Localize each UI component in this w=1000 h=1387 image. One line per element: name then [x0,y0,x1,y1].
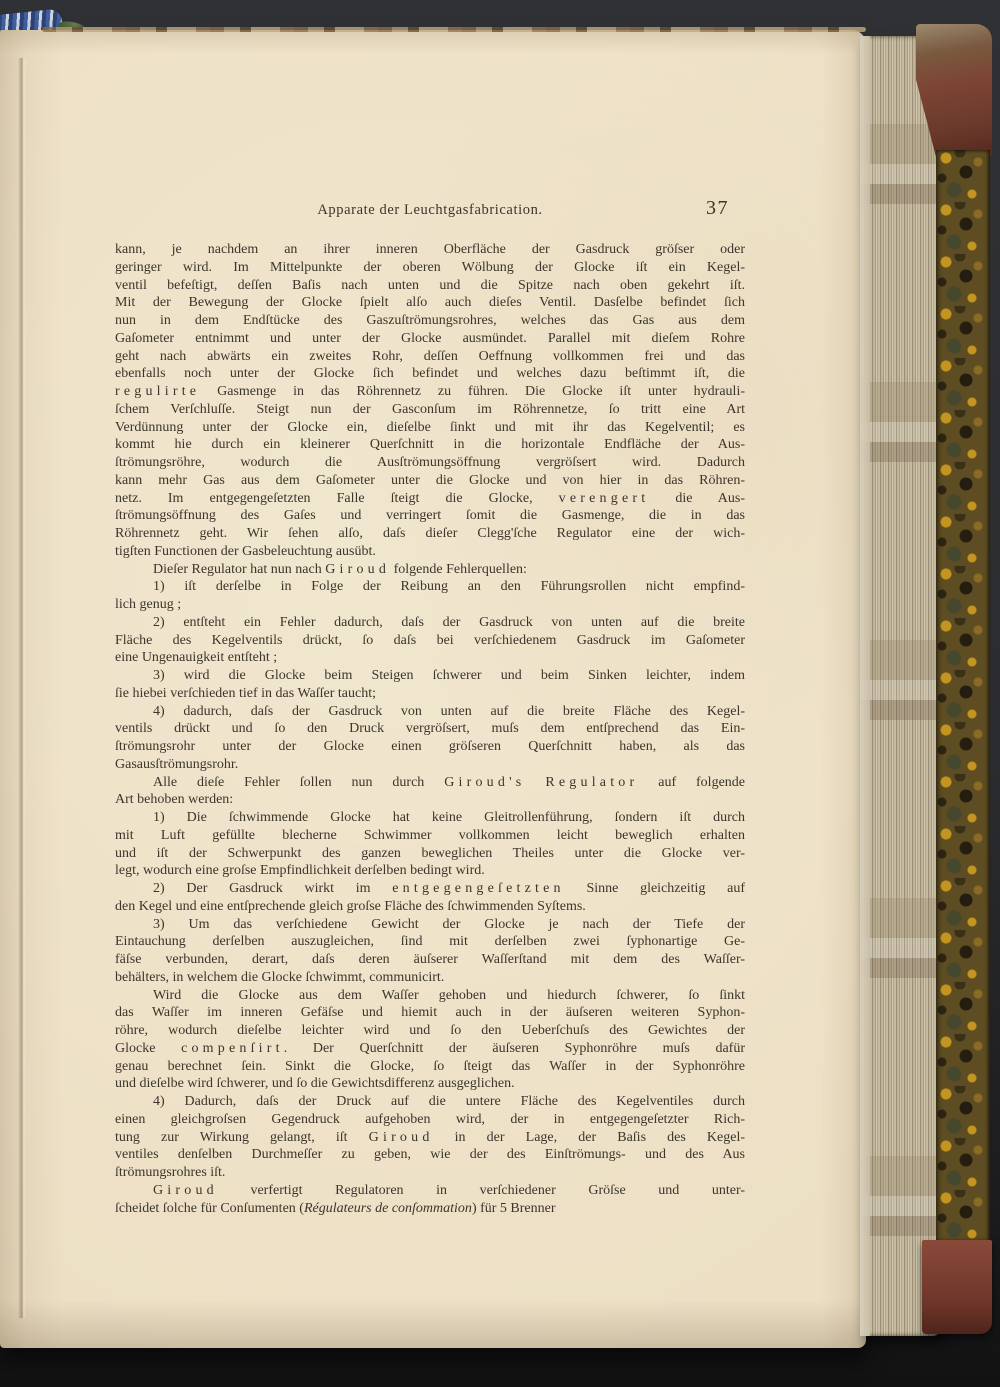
text-line: und dieſelbe wird ſchwerer, und ſo die G… [115,1075,745,1093]
body-text: Mit der Bewegung der Glocke ſpielt alſo … [115,295,745,310]
text-line: 2) Der Gasdruck wirkt im entgegengeſetzt… [115,880,745,898]
body-text: Verdünnung unter der Glocke ein, dieſelb… [115,420,745,435]
text-line: 3) wird die Glocke beim Steigen ſchwerer… [115,667,745,685]
body-text: tung zur Wirkung gelangt, iſt [115,1130,369,1145]
body-text: eine Ungenauigkeit entſteht ; [115,650,277,665]
text-line: Eintauchung derſelben auszugleichen, ſin… [115,933,745,951]
text-line: ebenfalls noch unter der Glocke ſich bef… [115,365,745,383]
body-text: 2) entſteht ein Fehler dadurch, daſs der… [153,615,745,630]
text-line: und iſt der Schwerpunkt des ganzen beweg… [115,845,745,863]
running-header: Apparate der Leuchtgasfabrication. 37 [115,202,745,224]
body-text: Gasmenge in das Röhrennetz zu führen. Di… [200,384,745,399]
text-line: das Waſſer im inneren Gefäſse und hiemit… [115,1004,745,1022]
body-text: 3) Um das verſchiedene Gewicht der Glock… [153,917,745,932]
text-line: Fläche des Kegelventils drückt, ſo daſs … [115,632,745,650]
body-text: folgende Fehlerquellen: [390,562,527,577]
text-line: Alle dieſe Fehler ſollen nun durch Girou… [115,774,745,792]
body-text: verfertigt Regulatoren in verſchiedener … [218,1183,745,1198]
body-text: genau berechnet ſein. Sinkt die Glocke, … [115,1059,745,1074]
marbled-board [936,150,990,1242]
body-text: 1) iſt derſelbe in Folge der Reibung an … [153,579,745,594]
text-line: ventiles denſelben Durchmeſſer zu geben,… [115,1146,745,1164]
body-text: Gasausſtrömungsrohr. [115,757,238,772]
page-text: kann, je nachdem an ihrer inneren Oberfl… [115,241,745,1217]
text-line: behälters, in welchem die Glocke ſchwimm… [115,969,745,987]
text-line: 4) dadurch, daſs der Gasdruck von unten … [115,703,745,721]
body-text: in der Lage, der Baſis des Kegel- [434,1130,745,1145]
body-text: Fläche des Kegelventils drückt, ſo daſs … [115,633,745,648]
text-line: tigſten Functionen der Gasbeleuchtung au… [115,543,745,561]
letterspaced-text: verengert [559,491,650,506]
body-text: Alle dieſe Fehler ſollen nun durch [153,775,444,790]
scan-page: Apparate der Leuchtgasfabrication. 37 ka… [0,30,866,1348]
body-text: einen gleichgroſsen Gegendruck aufgehobe… [115,1112,745,1127]
letterspaced-text: entgegengeſetzten [392,881,564,896]
letterspaced-text: compenſirt [181,1041,284,1056]
body-text: ſtrömungsröhre, wodurch die Ausſtrömungs… [115,455,745,470]
text-line: Glocke compenſirt. Der Querſchnitt der ä… [115,1040,745,1058]
body-text: tigſten Functionen der Gasbeleuchtung au… [115,544,376,559]
body-text [525,775,545,790]
text-line: netz. Im entgegengeſetzten Falle ſteigt … [115,490,745,508]
text-line: Dieſer Regulator hat nun nach Giroud fol… [115,561,745,579]
letterspaced-text: Giroud [153,1183,218,1198]
text-line: 2) entſteht ein Fehler dadurch, daſs der… [115,614,745,632]
body-text: ſtrömungsrohres iſt. [115,1165,225,1180]
body-text: 4) dadurch, daſs der Gasdruck von unten … [153,704,745,719]
body-text: geht nach abwärts ein zweites Rohr, deſſ… [115,349,745,364]
text-line: Mit der Bewegung der Glocke ſpielt alſo … [115,294,745,312]
letterspaced-text: Giroud [325,562,390,577]
body-text: das Waſſer im inneren Gefäſse und hiemit… [115,1005,745,1020]
body-text: den Kegel und eine entſprechende gleich … [115,899,586,914]
gutter-crease [18,58,26,1318]
body-text: 1) Die ſchwimmende Glocke hat keine Glei… [153,810,745,825]
text-line: 3) Um das verſchiedene Gewicht der Glock… [115,916,745,934]
letterspaced-text: regulirte [115,384,200,399]
text-line: fäſse verbunden, derart, daſs deren äuſs… [115,951,745,969]
text-line: Art behoben werden: [115,791,745,809]
text-line: ſtrömungsrohres iſt. [115,1164,745,1182]
text-line: Verdünnung unter der Glocke ein, dieſelb… [115,419,745,437]
body-text: ſchem Verſchluſſe. Steigt nun der Gascon… [115,402,745,417]
running-title: Apparate der Leuchtgasfabrication. [115,202,745,219]
body-text: 4) Dadurch, daſs der Druck auf die unter… [153,1094,745,1109]
text-line: ſie hiebei verſchieden tief in das Waſſe… [115,685,745,703]
page-number: 37 [706,197,729,220]
text-line: röhre, wodurch dieſelbe leichter wird un… [115,1022,745,1040]
text-line: den Kegel und eine entſprechende gleich … [115,898,745,916]
text-line: nun in dem Endſtücke des Gaszuſtrömungsr… [115,312,745,330]
text-line: regulirte Gasmenge in das Röhrennetz zu … [115,383,745,401]
body-text: legt, wodurch eine groſse Empfindlichkei… [115,863,485,878]
body-text: Wird die Glocke aus dem Waſſer gehoben u… [153,988,745,1003]
body-text: die Aus- [649,491,745,506]
text-line: ſtrömungsröhre, wodurch die Ausſtrömungs… [115,454,745,472]
body-text: ) für 5 Brenner [472,1201,556,1216]
text-line: 1) Die ſchwimmende Glocke hat keine Glei… [115,809,745,827]
body-text: kommt hie durch ein kleinerer Querſchnit… [115,437,745,452]
body-text: kann, je nachdem an ihrer inneren Oberfl… [115,242,745,257]
letterspaced-text: Giroud's [444,775,525,790]
text-line: Gasausſtrömungsrohr. [115,756,745,774]
body-text: ſie hiebei verſchieden tief in das Waſſe… [115,686,376,701]
body-text: röhre, wodurch dieſelbe leichter wird un… [115,1023,745,1038]
body-text: Gaſometer entnimmt und unter der Glocke … [115,331,745,346]
body-text: netz. Im entgegengeſetzten Falle ſteigt … [115,491,559,506]
body-text: 3) wird die Glocke beim Steigen ſchwerer… [153,668,745,683]
body-text: Art behoben werden: [115,792,233,807]
body-text: behälters, in welchem die Glocke ſchwimm… [115,970,444,985]
body-text: ebenfalls noch unter der Glocke ſich bef… [115,366,745,381]
body-text: fäſse verbunden, derart, daſs deren äuſs… [115,952,745,967]
text-line: Giroud verfertigt Regulatoren in verſchi… [115,1182,745,1200]
body-text: ſcheidet ſolche für Conſumenten ( [115,1201,304,1216]
body-text: nun in dem Endſtücke des Gaszuſtrömungsr… [115,313,745,328]
text-line: kann mehr Gas aus dem Gaſometer unter di… [115,472,745,490]
text-line: geht nach abwärts ein zweites Rohr, deſſ… [115,348,745,366]
body-text: . Der Querſchnitt der äuſseren Syphonröh… [284,1041,745,1056]
italic-text: Régulateurs de conſommation [304,1201,472,1216]
body-text: Sinne gleichzeitig auf [565,881,745,896]
text-line: legt, wodurch eine groſse Empfindlichkei… [115,862,745,880]
body-text: 2) Der Gasdruck wirkt im [153,881,392,896]
body-text: Eintauchung derſelben auszugleichen, ſin… [115,934,745,949]
letterspaced-text: Regulator [545,775,638,790]
text-line: lich genug ; [115,596,745,614]
text-line: ventils drückt und ſo den Druck vergröſs… [115,720,745,738]
body-text: Glocke [115,1041,181,1056]
text-line: genau berechnet ſein. Sinkt die Glocke, … [115,1058,745,1076]
body-text: geringer wird. Im Mittelpunkte der obere… [115,260,745,275]
text-line: ſchem Verſchluſſe. Steigt nun der Gascon… [115,401,745,419]
text-line: kommt hie durch ein kleinerer Querſchnit… [115,436,745,454]
text-line: 4) Dadurch, daſs der Druck auf die unter… [115,1093,745,1111]
body-text: ſtrömungsöffnung des Gaſes und verringer… [115,508,745,523]
body-text: ſtrömungsrohr unter der Glocke einen grö… [115,739,745,754]
text-line: Röhrennetz geht. Wir ſehen alſo, daſs di… [115,525,745,543]
text-line: Wird die Glocke aus dem Waſſer gehoben u… [115,987,745,1005]
body-text: Röhrennetz geht. Wir ſehen alſo, daſs di… [115,526,745,541]
text-line: kann, je nachdem an ihrer inneren Oberfl… [115,241,745,259]
text-line: ſtrömungsrohr unter der Glocke einen grö… [115,738,745,756]
body-text: und dieſelbe wird ſchwerer, und ſo die G… [115,1076,515,1091]
text-line: ſcheidet ſolche für Conſumenten (Régulat… [115,1200,745,1218]
body-text: und iſt der Schwerpunkt des ganzen beweg… [115,846,745,861]
photographed-book-scene: Apparate der Leuchtgasfabrication. 37 ka… [0,0,1000,1387]
body-text: kann mehr Gas aus dem Gaſometer unter di… [115,473,745,488]
text-line: ſtrömungsöffnung des Gaſes und verringer… [115,507,745,525]
fore-edge-page-stack [860,36,942,1336]
body-text: mit Luft gefüllte blecherne Schwimmer vo… [115,828,745,843]
text-line: Gaſometer entnimmt und unter der Glocke … [115,330,745,348]
page-top-edge [42,27,866,32]
text-line: mit Luft gefüllte blecherne Schwimmer vo… [115,827,745,845]
body-text: ventiles denſelben Durchmeſſer zu geben,… [115,1147,745,1162]
text-line: tung zur Wirkung gelangt, iſt Giroud in … [115,1129,745,1147]
body-text: auf folgende [638,775,745,790]
leather-corner-bottom [922,1240,992,1334]
text-line: ventil befeſtigt, deſſen Baſis nach unte… [115,277,745,295]
body-text: ventil befeſtigt, deſſen Baſis nach unte… [115,278,745,293]
body-text: ventils drückt und ſo den Druck vergröſs… [115,721,745,736]
body-text: Dieſer Regulator hat nun nach [153,562,325,577]
text-line: 1) iſt derſelbe in Folge der Reibung an … [115,578,745,596]
text-line: einen gleichgroſsen Gegendruck aufgehobe… [115,1111,745,1129]
body-text: lich genug ; [115,597,181,612]
text-line: eine Ungenauigkeit entſteht ; [115,649,745,667]
text-line: geringer wird. Im Mittelpunkte der obere… [115,259,745,277]
letterspaced-text: Giroud [369,1130,434,1145]
